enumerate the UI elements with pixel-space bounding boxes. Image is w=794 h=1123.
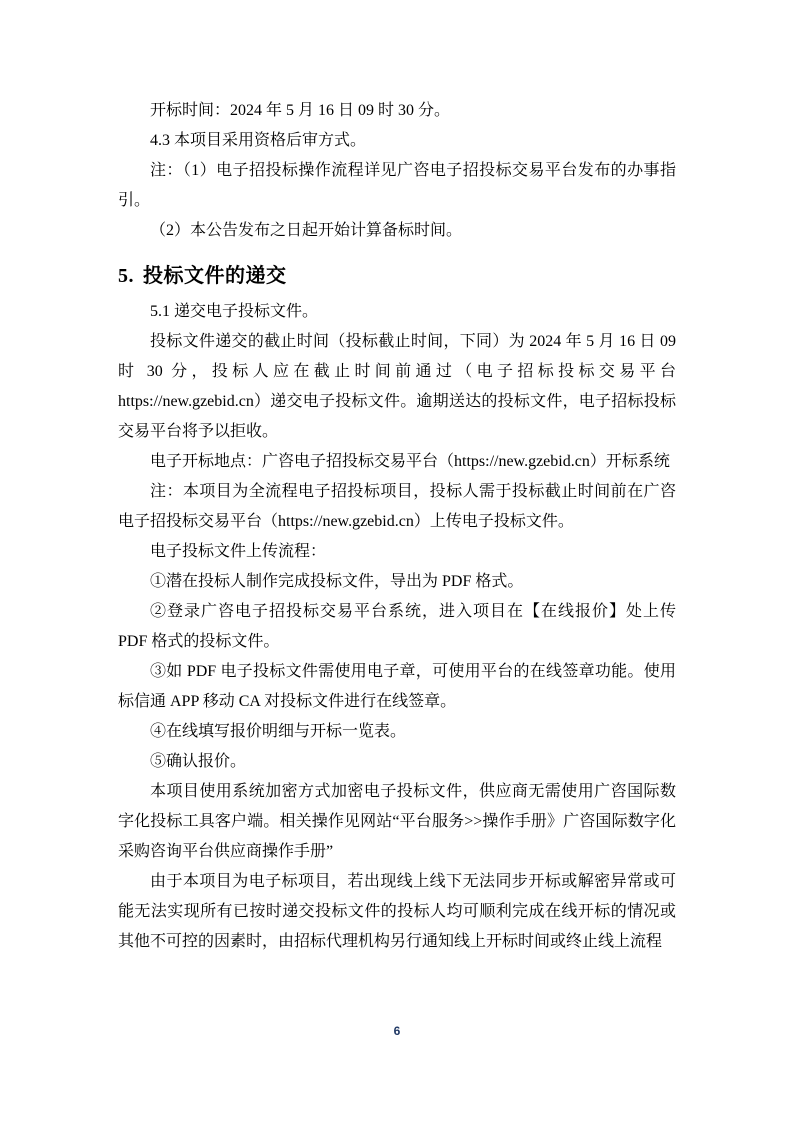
paragraph-deadline: 投标文件递交的截止时间（投标截止时间，下同）为 2024 年 5 月 16 日 … — [118, 327, 676, 447]
paragraph-step-4: ④在线填写报价明细与开标一览表。 — [118, 717, 676, 747]
paragraph-note-1: 注：（1）电子招投标操作流程详见广咨电子招投标交易平台发布的办事指引。 — [118, 156, 676, 216]
paragraph-upload-process-title: 电子投标文件上传流程： — [118, 537, 676, 567]
paragraph-opening-time: 开标时间：2024 年 5 月 16 日 09 时 30 分。 — [118, 96, 676, 126]
paragraph-contingency: 由于本项目为电子标项目，若出现线上线下无法同步开标或解密异常或可能无法实现所有已… — [118, 867, 676, 957]
paragraph-step-3: ③如 PDF 电子投标文件需使用电子章，可使用平台的在线签章功能。使用标信通 A… — [118, 657, 676, 717]
section-heading-number: 5. — [118, 265, 134, 287]
document-page: 开标时间：2024 年 5 月 16 日 09 时 30 分。 4.3 本项目采… — [0, 0, 794, 1123]
paragraph-step-5: ⑤确认报价。 — [118, 747, 676, 777]
paragraph-step-2: ②登录广咨电子招投标交易平台系统，进入项目在【在线报价】处上传 PDF 格式的投… — [118, 597, 676, 657]
section-heading-title: 投标文件的递交 — [143, 265, 287, 287]
section-heading: 5.投标文件的递交 — [118, 259, 676, 288]
paragraph-step-1: ①潜在投标人制作完成投标文件，导出为 PDF 格式。 — [118, 567, 676, 597]
paragraph-5-1: 5.1 递交电子投标文件。 — [118, 297, 676, 327]
paragraph-encryption: 本项目使用系统加密方式加密电子投标文件，供应商无需使用广咨国际数字化投标工具客户… — [118, 777, 676, 867]
paragraph-note-2: （2）本公告发布之日起开始计算备标时间。 — [118, 216, 676, 246]
page-number-footer: 6 — [0, 1024, 794, 1038]
paragraph-note-upload: 注：本项目为全流程电子招投标项目，投标人需于投标截止时间前在广咨电子招投标交易平… — [118, 477, 676, 537]
paragraph-qualification-review: 4.3 本项目采用资格后审方式。 — [118, 126, 676, 156]
paragraph-opening-location: 电子开标地点：广咨电子招投标交易平台（https://new.gzebid.cn… — [118, 447, 676, 477]
